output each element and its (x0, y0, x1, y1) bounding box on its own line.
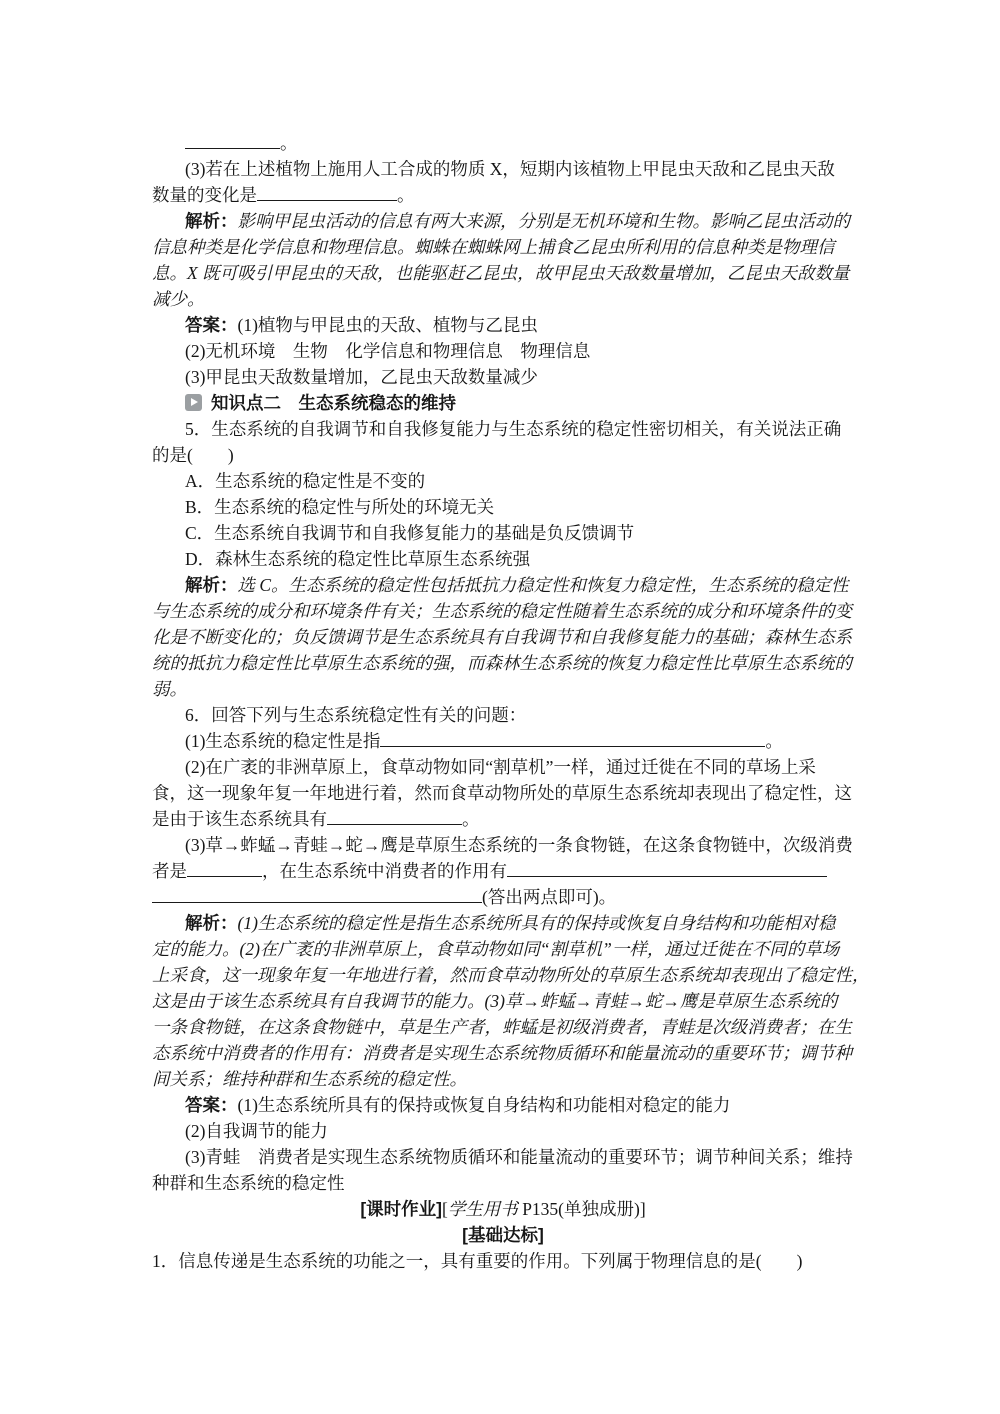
question-5-cont: 的是( ) (152, 442, 854, 468)
text-segment: D．森林生态系统的稳定性比草原生态系统强 (185, 549, 530, 569)
question-4-part3-cont: 数量的变化是。 (152, 182, 854, 208)
text-segment: 学生用书 (448, 1199, 518, 1219)
blank-underline (327, 809, 462, 825)
text-segment: 弱。 (152, 679, 187, 699)
question-6-part2-cont: 是由于该生态系统具有。 (152, 806, 854, 832)
question-6-part3-cont: (答出两点即可)。 (152, 884, 854, 910)
text-segment: (2)自我调节的能力 (185, 1121, 328, 1141)
heading-knowledge-point-2: 知识点二 生态系统稳态的维持 (152, 390, 854, 416)
option-b: B．生态系统的稳定性与所处的环境无关 (152, 494, 854, 520)
text-segment: [课时作业] (360, 1199, 442, 1219)
text-segment: 解析： (185, 575, 238, 595)
blank-underline (185, 133, 280, 149)
text-segment: C．生态系统自我调节和自我修复能力的基础是负反馈调节 (185, 523, 634, 543)
answer-q6-part2: (2)自我调节的能力 (152, 1118, 854, 1144)
text-segment: (2)无机环境 生物 化学信息和物理信息 物理信息 (185, 341, 590, 361)
text-segment: P135(单独成册)] (518, 1199, 646, 1219)
analysis-q6-cont: 间关系；维持种群和生态系统的稳定性。 (152, 1066, 854, 1092)
text-segment: (3)青蛙 消费者是实现生态系统物质循环和能量流动的重要环节；调节种间关系；维持 (185, 1147, 853, 1167)
answer-q6-part3-cont: 种群和生态系统的稳定性 (152, 1170, 854, 1196)
text-segment: 化是不断变化的；负反馈调节是生态系统具有自我调节和自我修复能力的基础；森林生态系 (152, 627, 852, 647)
analysis-q5-cont: 与生态系统的成分和环境条件有关；生态系统的稳定性随着生态系统的成分和环境条件的变 (152, 598, 854, 624)
text-segment: 与生态系统的成分和环境条件有关；生态系统的稳定性随着生态系统的成分和环境条件的变 (152, 601, 852, 621)
text-segment: 减少。 (152, 289, 205, 309)
text-segment: 是由于该生态系统具有 (152, 809, 327, 829)
question-6-part1: (1)生态系统的稳定性是指。 (152, 728, 854, 754)
text-segment: 一条食物链，在这条食物链中，草是生产者，蚱蜢是初级消费者，青蛙是次级消费者；在生 (152, 1017, 852, 1037)
analysis-q5-cont: 弱。 (152, 676, 854, 702)
text-segment: 的是( ) (152, 445, 234, 465)
text-segment: [基础达标] (462, 1225, 544, 1245)
text-segment: 。 (765, 731, 783, 751)
play-icon (185, 394, 202, 411)
question-6-part2-cont: 食，这一现象年复一年地进行着，然而食草动物所处的草原生态系统却表现出了稳定性，这 (152, 780, 854, 806)
text-segment: 6．回答下列与生态系统稳定性有关的问题： (185, 705, 526, 725)
text-segment: 选 C。生态系统的稳定性包括抵抗力稳定性和恢复力稳定性，生态系统的稳定性 (238, 575, 849, 595)
analysis-q6-cont: 态系统中消费者的作用有：消费者是实现生态系统物质循环和能量流动的重要环节；调节种 (152, 1040, 854, 1066)
analysis-q5-cont: 化是不断变化的；负反馈调节是生态系统具有自我调节和自我修复能力的基础；森林生态系 (152, 624, 854, 650)
analysis-q6-cont: 上采食，这一现象年复一年地进行着，然而食草动物所处的草原生态系统却表现出了稳定性… (152, 962, 854, 988)
text-segment: (1)生态系统的稳定性是指 (185, 731, 380, 751)
text-segment: 种群和生态系统的稳定性 (152, 1173, 345, 1193)
question-6-part2: (2)在广袤的非洲草原上，食草动物如同“割草机”一样，通过迁徙在不同的草场上采 (152, 754, 854, 780)
analysis-q6-cont: 一条食物链，在这条食物链中，草是生产者，蚱蜢是初级消费者，青蛙是次级消费者；在生 (152, 1014, 854, 1040)
text-segment: (1)植物与甲昆虫的天敌、植物与乙昆虫 (238, 315, 538, 335)
analysis-q4-cont: 信息种类是化学信息和物理信息。蜘蛛在蜘蛛网上捕食乙昆虫所利用的信息种类是物理信 (152, 234, 854, 260)
text-segment: 。 (462, 809, 480, 829)
text-segment: 知识点二 生态系统稳态的维持 (211, 393, 456, 413)
analysis-q4: 解析：影响甲昆虫活动的信息有两大来源，分别是无机环境和生物。影响乙昆虫活动的 (152, 208, 854, 234)
blank-underline (257, 185, 397, 201)
play-triangle-glyph (191, 398, 198, 406)
text-segment: 统的抵抗力稳定性比草原生态系统的强，而森林生态系统的恢复力稳定性比草原生态系统的 (152, 653, 852, 673)
question-6-part3: (3)草→蚱蜢→青蛙→蛇→鹰是草原生态系统的一条食物链，在这条食物链中，次级消费 (152, 832, 854, 858)
text-segment: 影响甲昆虫活动的信息有两大来源，分别是无机环境和生物。影响乙昆虫活动的 (238, 211, 851, 231)
text-segment: 1．信息传递是生态系统的功能之一，具有重要的作用。下列属于物理信息的是( ) (152, 1251, 802, 1271)
analysis-q5-cont: 统的抵抗力稳定性比草原生态系统的强，而森林生态系统的恢复力稳定性比草原生态系统的 (152, 650, 854, 676)
text-segment: 数量的变化是 (152, 185, 257, 205)
text-segment: 间关系；维持种群和生态系统的稳定性。 (152, 1069, 467, 1089)
text-segment: 解析： (185, 913, 238, 933)
text-segment: 。 (397, 185, 415, 205)
text-segment: ，在生态系统中消费者的作用有 (262, 861, 507, 881)
blank-underline (507, 861, 827, 877)
text-segment: 信息种类是化学信息和物理信息。蜘蛛在蜘蛛网上捕食乙昆虫所利用的信息种类是物理信 (152, 237, 835, 257)
text-segment: (答出两点即可)。 (482, 887, 616, 907)
text-segment: (3)甲昆虫天敌数量增加，乙昆虫天敌数量减少 (185, 367, 538, 387)
text-segment: (3)若在上述植物上施用人工合成的物质 X，短期内该植物上甲昆虫天敌和乙昆虫天敌 (185, 159, 835, 179)
text-segment: 态系统中消费者的作用有：消费者是实现生态系统物质循环和能量流动的重要环节；调节种 (152, 1043, 852, 1063)
answer-q6-part3: (3)青蛙 消费者是实现生态系统物质循环和能量流动的重要环节；调节种间关系；维持 (152, 1144, 854, 1170)
section-basic: [基础达标] (152, 1222, 854, 1248)
text-segment: 息。X 既可吸引甲昆虫的天敌，也能驱赶乙昆虫，故甲昆虫天敌数量增加，乙昆虫天敌数… (152, 263, 850, 283)
section-homework: [课时作业][学生用书 P135(单独成册)] (152, 1196, 854, 1222)
option-d: D．森林生态系统的稳定性比草原生态系统强 (152, 546, 854, 572)
text-segment: 答案： (185, 1095, 238, 1115)
blank-underline (152, 887, 482, 903)
text-segment: B．生态系统的稳定性与所处的环境无关 (185, 497, 494, 517)
document-page: 。(3)若在上述植物上施用人工合成的物质 X，短期内该植物上甲昆虫天敌和乙昆虫天… (0, 0, 1000, 1414)
analysis-q6-cont: 这是由于该生态系统具有自我调节的能力。(3)草→蚱蜢→青蛙→蛇→鹰是草原生态系统… (152, 988, 854, 1014)
text-segment: (3)草→蚱蜢→青蛙→蛇→鹰是草原生态系统的一条食物链，在这条食物链中，次级消费 (185, 835, 853, 855)
text-segment: 定的能力。(2)在广袤的非洲草原上，食草动物如同“割草机”一样，通过迁徙在不同的… (152, 939, 839, 959)
text-segment: (2)在广袤的非洲草原上，食草动物如同“割草机”一样，通过迁徙在不同的草场上采 (185, 757, 816, 777)
question-5: 5．生态系统的自我调节和自我修复能力与生态系统的稳定性密切相关，有关说法正确 (152, 416, 854, 442)
question-6: 6．回答下列与生态系统稳定性有关的问题： (152, 702, 854, 728)
analysis-q6-cont: 定的能力。(2)在广袤的非洲草原上，食草动物如同“割草机”一样，通过迁徙在不同的… (152, 936, 854, 962)
text-segment: 这是由于该生态系统具有自我调节的能力。(3)草→蚱蜢→青蛙→蛇→鹰是草原生态系统… (152, 991, 837, 1011)
analysis-q5: 解析：选 C。生态系统的稳定性包括抵抗力稳定性和恢复力稳定性，生态系统的稳定性 (152, 572, 854, 598)
text-segment: 上采食，这一现象年复一年地进行着，然而食草动物所处的草原生态系统却表现出了稳定性… (152, 965, 870, 985)
answer-q6: 答案：(1)生态系统所具有的保持或恢复自身结构和功能相对稳定的能力 (152, 1092, 854, 1118)
text-segment: 者是 (152, 861, 187, 881)
analysis-q4-cont: 息。X 既可吸引甲昆虫的天敌，也能驱赶乙昆虫，故甲昆虫天敌数量增加，乙昆虫天敌数… (152, 260, 854, 286)
option-c: C．生态系统自我调节和自我修复能力的基础是负反馈调节 (152, 520, 854, 546)
text-segment: 5．生态系统的自我调节和自我修复能力与生态系统的稳定性密切相关，有关说法正确 (185, 419, 841, 439)
analysis-q4-cont: 减少。 (152, 286, 854, 312)
answer-q4: 答案：(1)植物与甲昆虫的天敌、植物与乙昆虫 (152, 312, 854, 338)
question-4-part3: (3)若在上述植物上施用人工合成的物质 X，短期内该植物上甲昆虫天敌和乙昆虫天敌 (152, 156, 854, 182)
answer-q4-part3: (3)甲昆虫天敌数量增加，乙昆虫天敌数量减少 (152, 364, 854, 390)
blank-underline (187, 861, 262, 877)
question-1: 1．信息传递是生态系统的功能之一，具有重要的作用。下列属于物理信息的是( ) (152, 1248, 854, 1274)
text-segment: (1)生态系统所具有的保持或恢复自身结构和功能相对稳定的能力 (238, 1095, 731, 1115)
text-segment: 答案： (185, 315, 238, 335)
option-a: A．生态系统的稳定性是不变的 (152, 468, 854, 494)
text-segment: 食，这一现象年复一年地进行着，然而食草动物所处的草原生态系统却表现出了稳定性，这 (152, 783, 852, 803)
text-segment: 。 (280, 133, 298, 153)
question-6-part3-cont: 者是，在生态系统中消费者的作用有 (152, 858, 854, 884)
fill-blank-line: 。 (152, 130, 854, 156)
text-segment: 解析： (185, 211, 238, 231)
analysis-q6: 解析：(1)生态系统的稳定性是指生态系统所具有的保持或恢复自身结构和功能相对稳 (152, 910, 854, 936)
answer-q4-part2: (2)无机环境 生物 化学信息和物理信息 物理信息 (152, 338, 854, 364)
text-segment: (1)生态系统的稳定性是指生态系统所具有的保持或恢复自身结构和功能相对稳 (238, 913, 836, 933)
text-segment: A．生态系统的稳定性是不变的 (185, 471, 425, 491)
blank-underline (380, 731, 765, 747)
